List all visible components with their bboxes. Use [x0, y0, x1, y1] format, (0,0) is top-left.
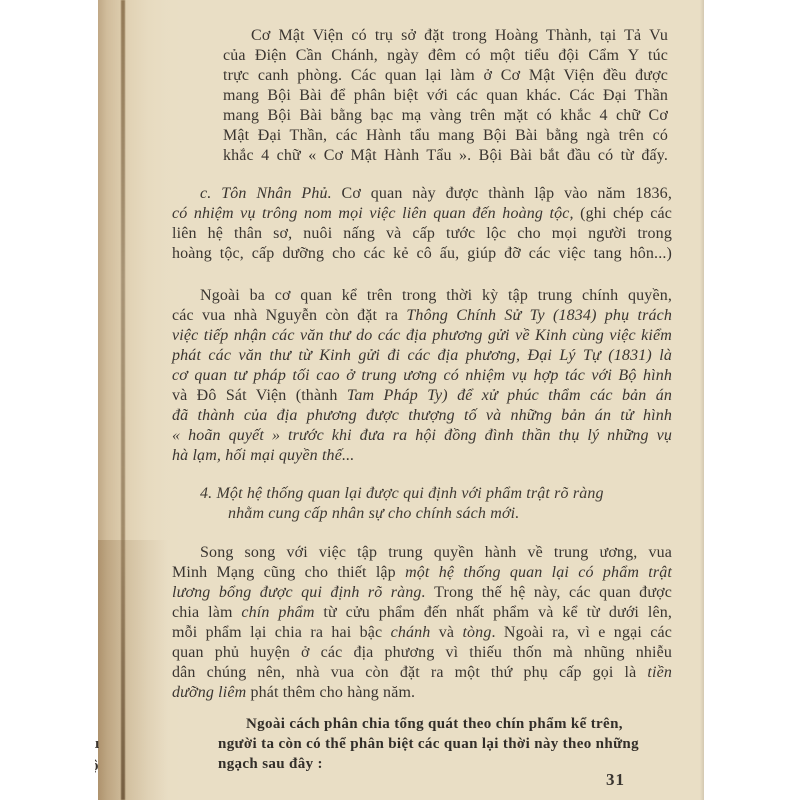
paragraph-5: Song song với việc tập trung quyền hành …: [172, 543, 672, 703]
edge-text-fragment: ộ: [95, 758, 103, 780]
text-segment: dân chúng nên, nhà vua còn đặt ra một th…: [172, 664, 647, 681]
text-line: khắc 4 chữ « Cơ Mật Hành Tẩu ». Bội Bài …: [223, 146, 668, 166]
text-line: hoàng tộc, cấp dưỡng cho các kẻ cô ấu, g…: [172, 244, 672, 264]
edge-text-fragments: uộ: [95, 736, 105, 780]
text-line: liên hệ thân sơ, nuôi nấng và cấp tước l…: [172, 224, 672, 244]
text-segment: từ cửu phẩm đến nhất phẩm và kể từ dưới …: [315, 604, 672, 621]
text-segment: Mật Đại Thần, các Hành tẩu mang Bội Bài …: [223, 127, 668, 144]
paragraph-4: 4. Một hệ thống quan lại được qui định v…: [172, 484, 672, 524]
text-segment: ngạch sau đây :: [218, 756, 323, 772]
page-text-block: Cơ Mật Viện có trụ sở đặt trong Hoàng Th…: [172, 26, 672, 774]
text-line: việc tiếp nhận các văn thư do các địa ph…: [172, 326, 672, 346]
text-segment: nhằm cung cấp nhân sự cho chính sách mới…: [228, 505, 519, 522]
text-segment: lương bổng được qui định rõ ràng.: [172, 584, 434, 601]
text-segment: 4. Một hệ thống quan lại được qui định v…: [200, 485, 604, 502]
page-gutter-shadow-bottom: [98, 540, 168, 800]
book-page: uộ Cơ Mật Viện có trụ sở đặt trong Hoàng…: [98, 0, 704, 800]
text-segment: Cơ quan này được thành lập vào năm 1836,: [332, 185, 672, 202]
text-segment: . Ngoài ra, vì e ngại các: [491, 624, 672, 641]
text-segment: mang Bội Bài bằng bạc mạ vàng trên mặt c…: [223, 107, 668, 124]
text-segment: người ta còn có thể phân biệt các quan l…: [218, 736, 639, 752]
text-line: dưỡng liêm phát thêm cho hàng năm.: [172, 683, 672, 703]
text-segment: và Đô Sát Viện (thành: [172, 387, 347, 404]
text-segment: khắc 4 chữ « Cơ Mật Hành Tẩu ». Bội Bài …: [223, 147, 668, 164]
text-line: đã thành của địa phương được thượng tố v…: [172, 406, 672, 426]
text-line: 4. Một hệ thống quan lại được qui định v…: [172, 484, 672, 504]
paragraph-1: Cơ Mật Viện có trụ sở đặt trong Hoàng Th…: [223, 26, 668, 166]
text-line: Song song với việc tập trung quyền hành …: [172, 543, 672, 563]
text-segment: Tam Pháp Ty) để xử phúc thẩm các bản án: [347, 387, 672, 404]
text-line: dân chúng nên, nhà vua còn đặt ra một th…: [172, 663, 672, 683]
text-line: cơ quan tư pháp tối cao ở trung ương có …: [172, 366, 672, 386]
text-segment: có nhiệm vụ trông nom mọi việc liên quan…: [172, 205, 580, 222]
text-segment: phát thêm cho hàng năm.: [246, 684, 415, 701]
text-segment: của Điện Cần Chánh, ngày đêm có một tiểu…: [223, 47, 668, 64]
text-segment: và: [430, 624, 462, 641]
text-segment: hoàng tộc, cấp dưỡng cho các kẻ cô ấu, g…: [172, 245, 672, 262]
text-segment: chia làm: [172, 604, 241, 621]
text-segment: trực canh phòng. Các quan lại làm ở Cơ M…: [223, 67, 668, 84]
text-line: chia làm chín phẩm từ cửu phẩm đến nhất …: [172, 603, 672, 623]
text-segment: chánh: [391, 624, 431, 641]
text-segment: Thông Chính Sử Ty (1834) phụ trách: [406, 307, 672, 324]
text-line: trực canh phòng. Các quan lại làm ở Cơ M…: [223, 66, 668, 86]
text-segment: c. Tôn Nhân Phủ.: [200, 185, 332, 202]
text-segment: tiền: [647, 664, 672, 681]
spine-crease: [121, 0, 125, 800]
text-segment: mỗi phẩm lại chia ra hai bậc: [172, 624, 391, 641]
text-segment: Cơ Mật Viện có trụ sở đặt trong Hoàng Th…: [251, 27, 668, 44]
text-line: Cơ Mật Viện có trụ sở đặt trong Hoàng Th…: [223, 26, 668, 46]
text-line: « hoãn quyết » trước khi đưa ra hội đồng…: [172, 426, 672, 446]
text-segment: Trong thế hệ này, các quan được: [434, 584, 672, 601]
text-line: Minh Mạng cũng cho thiết lập một hệ thốn…: [172, 563, 672, 583]
page-number: 31: [606, 770, 625, 790]
text-line: Ngoài cách phân chia tổng quát theo chín…: [218, 714, 616, 734]
text-line: c. Tôn Nhân Phủ. Cơ quan này được thành …: [172, 184, 672, 204]
text-line: nhằm cung cấp nhân sự cho chính sách mới…: [172, 504, 672, 524]
text-line: ngạch sau đây :: [218, 754, 616, 774]
text-line: phát các văn thư từ Kinh gửi đi các địa …: [172, 346, 672, 366]
text-line: các vua nhà Nguyễn còn đặt ra Thông Chín…: [172, 306, 672, 326]
text-segment: cơ quan tư pháp tối cao ở trung ương có …: [172, 367, 672, 384]
text-line: lương bổng được qui định rõ ràng. Trong …: [172, 583, 672, 603]
text-line: Mật Đại Thần, các Hành tẩu mang Bội Bài …: [223, 126, 668, 146]
text-segment: phát các văn thư từ Kinh gửi đi các địa …: [172, 347, 672, 364]
text-line: và Đô Sát Viện (thành Tam Pháp Ty) để xử…: [172, 386, 672, 406]
text-segment: Ngoài cách phân chia tổng quát theo chín…: [246, 716, 623, 732]
text-segment: các vua nhà Nguyễn còn đặt ra: [172, 307, 406, 324]
text-line: người ta còn có thể phân biệt các quan l…: [218, 734, 616, 754]
text-segment: hà lạm, hối mại quyền thế...: [172, 447, 354, 464]
text-line: quan phủ huyện ở các địa phương vì thiếu…: [172, 643, 672, 663]
text-segment: đã thành của địa phương được thượng tố v…: [172, 407, 672, 424]
paragraph-2: c. Tôn Nhân Phủ. Cơ quan này được thành …: [172, 184, 672, 264]
text-line: có nhiệm vụ trông nom mọi việc liên quan…: [172, 204, 672, 224]
text-segment: Song song với việc tập trung quyền hành …: [200, 544, 672, 561]
page-right-edge: [700, 0, 704, 800]
text-line: hà lạm, hối mại quyền thế...: [172, 446, 672, 466]
text-segment: tòng: [462, 624, 491, 641]
text-segment: chín phẩm: [241, 604, 314, 621]
text-segment: (ghi chép các: [580, 205, 672, 222]
photo-background: uộ Cơ Mật Viện có trụ sở đặt trong Hoàng…: [0, 0, 800, 800]
text-segment: Ngoài ba cơ quan kể trên trong thời kỳ t…: [200, 287, 672, 304]
text-segment: một hệ thống quan lại có phẩm trật: [405, 564, 672, 581]
text-line: của Điện Cần Chánh, ngày đêm có một tiểu…: [223, 46, 668, 66]
text-segment: Minh Mạng cũng cho thiết lập: [172, 564, 405, 581]
text-segment: mang Bội Bài để phân biệt với các quan k…: [223, 87, 668, 104]
text-segment: quan phủ huyện ở các địa phương vì thiếu…: [172, 644, 672, 661]
text-segment: « hoãn quyết » trước khi đưa ra hội đồng…: [172, 427, 672, 444]
paragraph-3: Ngoài ba cơ quan kể trên trong thời kỳ t…: [172, 286, 672, 466]
text-line: Ngoài ba cơ quan kể trên trong thời kỳ t…: [172, 286, 672, 306]
text-line: mỗi phẩm lại chia ra hai bậc chánh và tò…: [172, 623, 672, 643]
edge-text-fragment: u: [95, 736, 103, 758]
text-segment: dưỡng liêm: [172, 684, 246, 701]
text-line: mang Bội Bài bằng bạc mạ vàng trên mặt c…: [223, 106, 668, 126]
paragraph-6: Ngoài cách phân chia tổng quát theo chín…: [218, 714, 616, 774]
text-segment: liên hệ thân sơ, nuôi nấng và cấp tước l…: [172, 225, 672, 242]
text-segment: việc tiếp nhận các văn thư do các địa ph…: [172, 327, 672, 344]
text-line: mang Bội Bài để phân biệt với các quan k…: [223, 86, 668, 106]
